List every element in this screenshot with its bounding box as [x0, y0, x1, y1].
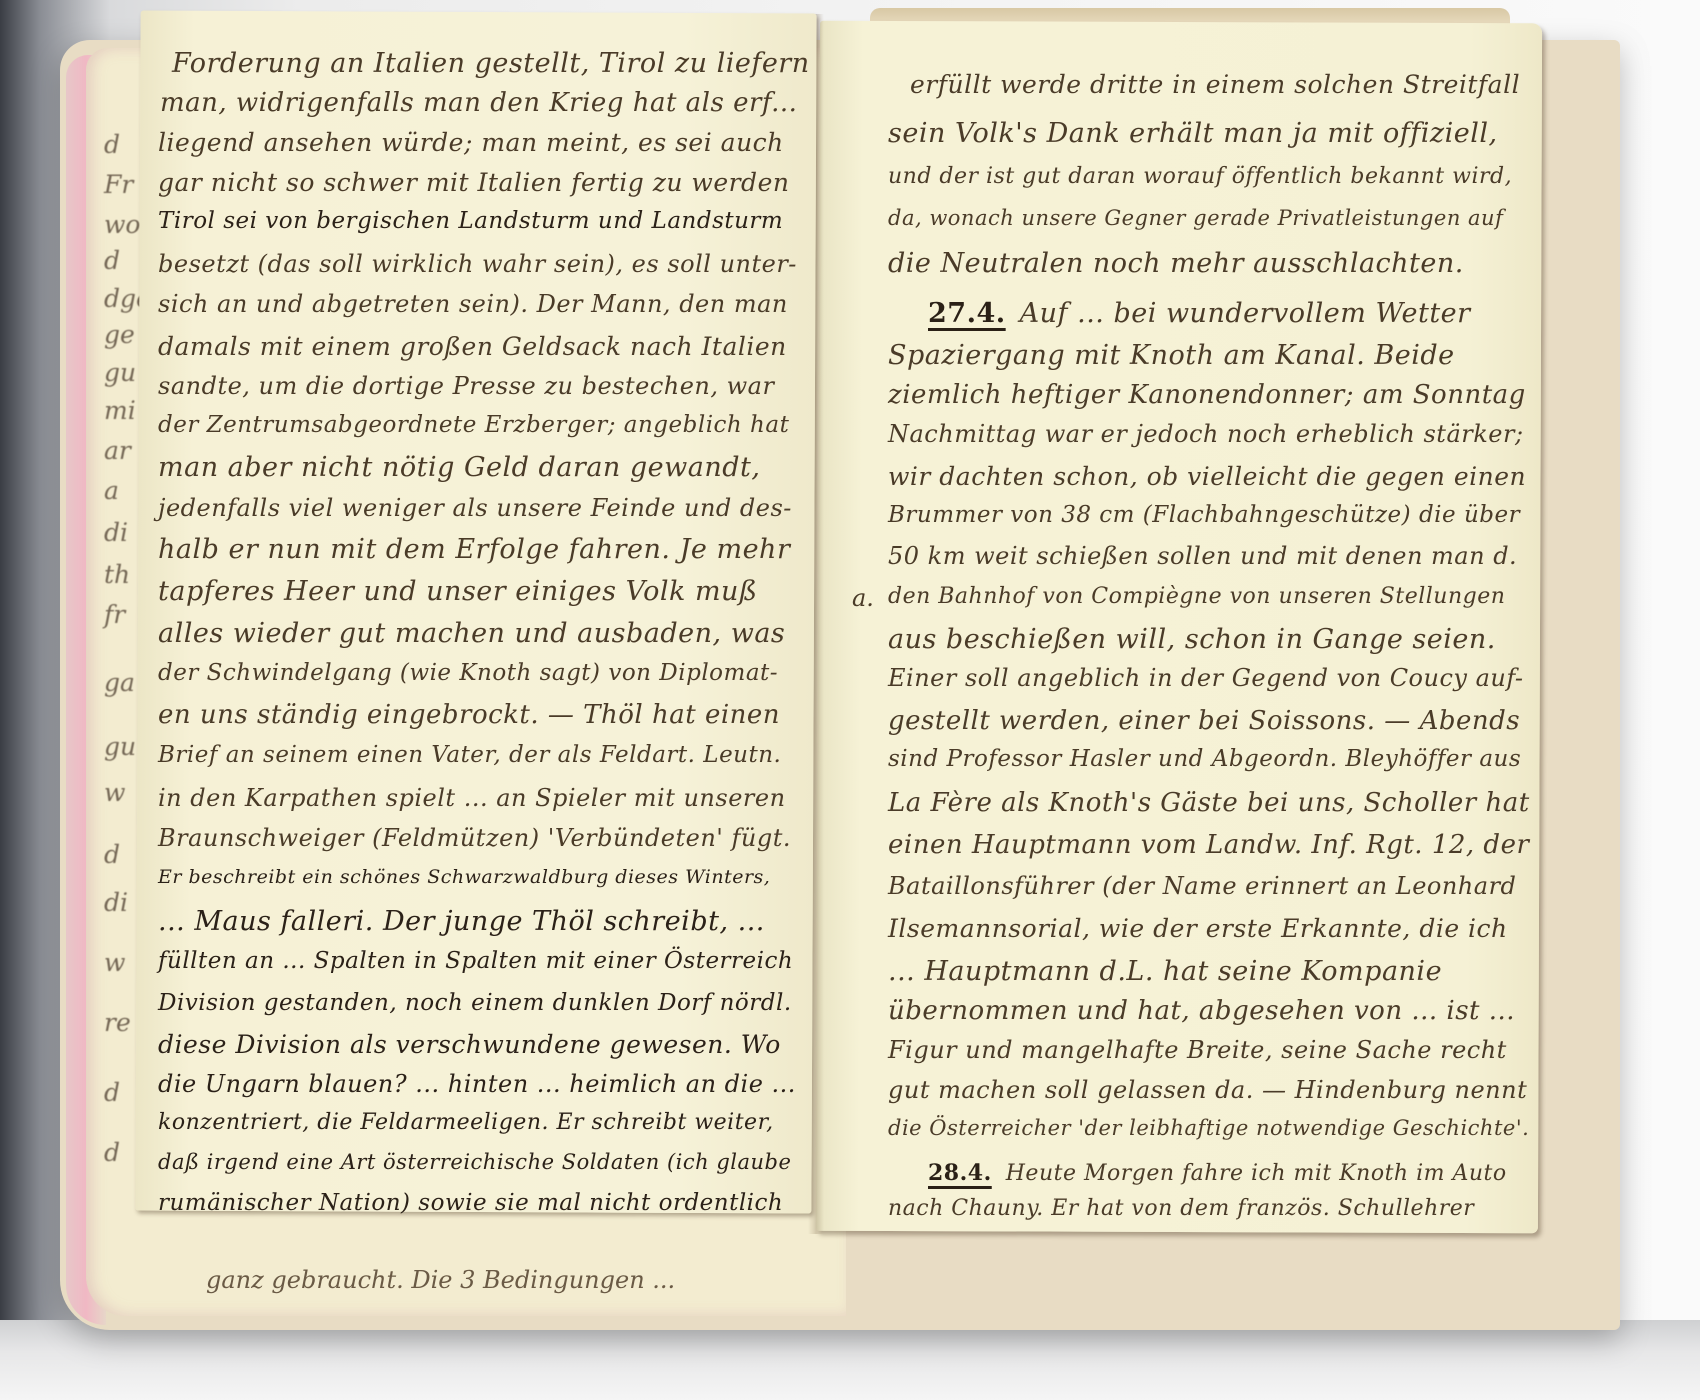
handwritten-line: gar nicht so schwer mit Italien fertig z… — [158, 168, 789, 197]
handwritten-line: der Schwindelgang (wie Knoth sagt) von D… — [158, 660, 778, 686]
underlying-fragment: a — [104, 476, 119, 510]
handwritten-line: rumänischer Nation) sowie sie mal nicht … — [158, 1190, 783, 1216]
handwritten-line: ... Maus falleri. Der junge Thöl schreib… — [158, 906, 765, 937]
diary-entry-line: 27.4.Auf ... bei wundervollem Wetter — [928, 298, 1471, 329]
handwritten-line: Figur und mangelhafte Breite, seine Sach… — [888, 1036, 1507, 1064]
entry-date: 28.4. — [928, 1160, 992, 1186]
handwritten-line: en uns ständig eingebrockt. — Thöl hat e… — [158, 700, 780, 730]
handwritten-line: man, widrigenfalls man den Krieg hat als… — [160, 88, 797, 118]
handwritten-line: die Österreicher 'der leibhaftige notwen… — [888, 1116, 1529, 1140]
underlying-fragment: ga — [104, 668, 135, 702]
handwritten-line: und der ist gut daran worauf öffentlich … — [888, 164, 1512, 189]
handwritten-line: die Ungarn blauen? ... hinten ... heimli… — [158, 1070, 796, 1098]
underlying-fragment: d — [104, 1138, 120, 1172]
handwritten-line: da, wonach unsere Gegner gerade Privatle… — [888, 206, 1503, 230]
handwritten-line: Bataillonsführer (der Name erinnert an L… — [888, 872, 1516, 900]
entry-date: 27.4. — [928, 298, 1006, 329]
handwritten-line: Brief an seinem einen Vater, der als Fel… — [158, 742, 781, 768]
handwritten-line: sich an und abgetreten sein). Der Mann, … — [158, 290, 788, 318]
handwritten-line: sind Professor Hasler und Abgeordn. Bley… — [888, 746, 1521, 772]
margin-mark: a. — [852, 584, 874, 612]
handwritten-line: füllten an ... Spalten in Spalten mit ei… — [158, 948, 793, 974]
underlying-fragment: d — [104, 246, 120, 280]
handwritten-line: tapferes Heer und unser einiges Volk muß — [158, 576, 758, 607]
handwritten-line: sandte, um die dortige Presse zu bestech… — [158, 372, 774, 400]
handwritten-line: 50 km weit schießen sollen und mit denen… — [888, 542, 1517, 570]
handwritten-line: Division gestanden, noch einem dunklen D… — [158, 990, 792, 1016]
entry-text: Heute Morgen fahre ich mit Knoth im Auto — [1006, 1161, 1507, 1186]
handwritten-line: Braunschweiger (Feldmützen) 'Verbündeten… — [158, 824, 791, 852]
underlying-fragment: fr — [104, 600, 125, 634]
underlying-fragment: Fr — [104, 170, 133, 204]
handwritten-line: Tirol sei von bergischen Landsturm und L… — [158, 208, 783, 234]
handwritten-line: sein Volk's Dank erhält man ja mit offiz… — [888, 118, 1498, 149]
handwritten-line: nach Chauny. Er hat von dem französ. Sch… — [888, 1196, 1474, 1221]
diary-entry-line: 28.4.Heute Morgen fahre ich mit Knoth im… — [928, 1160, 1507, 1186]
handwritten-line: diese Division als verschwundene gewesen… — [158, 1030, 781, 1059]
handwritten-line: La Fère als Knoth's Gäste bei uns, Schol… — [888, 788, 1530, 818]
underlying-fragment: gu — [104, 358, 136, 392]
underlying-fragment: d — [104, 1078, 120, 1112]
handwritten-line: erfüllt werde dritte in einem solchen St… — [910, 70, 1520, 99]
handwritten-line: einen Hauptmann vom Landw. Inf. Rgt. 12,… — [888, 830, 1529, 860]
handwritten-line: Nachmittag war er jedoch noch erheblich … — [888, 420, 1524, 448]
scanner-background — [0, 1320, 1700, 1400]
underlying-fragment: ar — [104, 436, 131, 470]
underlying-fragment: gu — [104, 732, 136, 766]
handwritten-line: Einer soll angeblich in der Gegend von C… — [888, 664, 1524, 692]
underlying-page-bottom-line: ganz gebraucht. Die 3 Bedingungen ... — [206, 1266, 675, 1294]
handwritten-line: Spaziergang mit Knoth am Kanal. Beide — [888, 340, 1455, 371]
handwritten-line: daß irgend eine Art österreichische Sold… — [158, 1150, 791, 1174]
underlying-fragment: w — [104, 948, 125, 982]
handwritten-line: ... Hauptmann d.L. hat seine Kompanie — [888, 956, 1442, 987]
underlying-fragment: re — [104, 1008, 131, 1042]
underlying-fragment: w — [104, 778, 125, 812]
underlying-fragment: di — [104, 888, 128, 922]
handwritten-line: konzentriert, die Feldarmeeligen. Er sch… — [158, 1110, 774, 1135]
handwritten-line: Ilsemannsorial, wie der erste Erkannte, … — [888, 914, 1508, 943]
handwritten-line: alles wieder gut machen und ausbaden, wa… — [158, 618, 785, 649]
handwritten-line: in den Karpathen spielt ... an Spieler m… — [158, 784, 786, 812]
handwritten-line: ziemlich heftiger Kanonendonner; am Sonn… — [888, 380, 1526, 410]
handwritten-line: übernommen und hat, abgesehen von ... is… — [888, 996, 1515, 1026]
handwritten-line: halb er nun mit dem Erfolge fahren. Je m… — [158, 534, 790, 565]
handwritten-line: wir dachten schon, ob vielleicht die geg… — [888, 462, 1526, 491]
handwritten-line: der Zentrumsabgeordnete Erzberger; angeb… — [158, 412, 789, 438]
handwritten-line: liegend ansehen würde; man meint, es sei… — [158, 128, 784, 157]
handwritten-line: Brummer von 38 cm (Flachbahngeschütze) d… — [888, 502, 1520, 528]
handwritten-line: jedenfalls viel weniger als unsere Feind… — [158, 494, 792, 522]
underlying-fragment: d — [104, 130, 120, 164]
handwritten-line: Forderung an Italien gestellt, Tirol zu … — [172, 48, 810, 79]
handwritten-line: den Bahnhof von Compiègne von unseren St… — [888, 584, 1505, 609]
handwritten-line: aus beschießen will, schon in Gange seie… — [888, 624, 1496, 655]
underlying-fragment: mi — [104, 396, 136, 430]
handwritten-line: die Neutralen noch mehr ausschlachten. — [888, 248, 1464, 279]
handwritten-line: Er beschreibt ein schönes Schwarzwaldbur… — [158, 866, 770, 888]
handwritten-line: gut machen soll gelassen da. — Hindenbur… — [888, 1076, 1527, 1104]
entry-text: Auf ... bei wundervollem Wetter — [1020, 298, 1471, 329]
handwritten-line: gestellt werden, einer bei Soissons. — A… — [888, 706, 1520, 736]
handwritten-line: besetzt (das soll wirklich wahr sein), e… — [158, 250, 797, 278]
handwritten-line: man aber nicht nötig Geld daran gewandt, — [158, 452, 760, 483]
handwritten-line: damals mit einem großen Geldsack nach It… — [158, 332, 787, 361]
underlying-fragment: d — [104, 840, 120, 874]
underlying-fragment: di — [104, 518, 128, 552]
underlying-fragment: ge — [104, 320, 135, 354]
underlying-fragment: th — [104, 560, 130, 594]
